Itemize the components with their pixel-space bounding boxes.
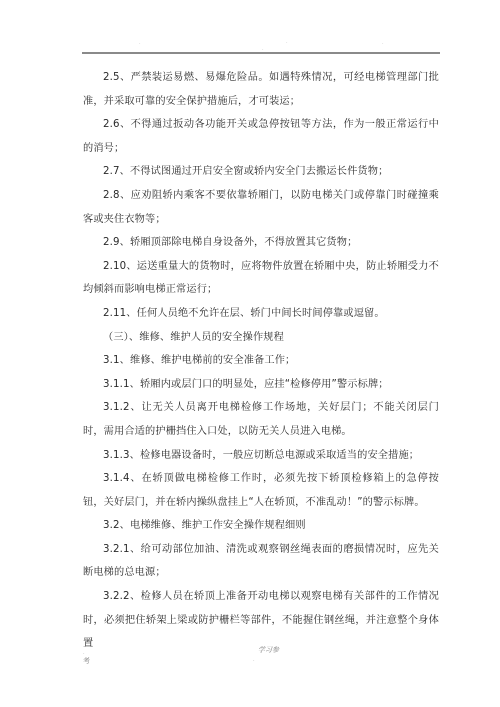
item-number: 2.11、: [103, 308, 137, 319]
paragraph-text: 检修电器设备时，一般应切断总电源或采取适当的安全措施；: [140, 450, 419, 461]
paragraph-2-7: 2.7、不得试图通过开启安全窗或轿内安全门去搬运长件货物；: [83, 160, 439, 184]
item-number: 3.1.1、: [103, 379, 140, 390]
item-number: 3.2.1、: [103, 544, 141, 555]
paragraph-3-1-4: 3.1.4、在轿顶做电梯检修工作时，必须先按下轿顶检修箱上的急停按钮，关好层门，…: [83, 467, 439, 514]
paragraph-2-11: 2.11、任何人员绝不允许在层、轿门中间长时间停靠或逗留。: [83, 302, 439, 326]
paragraph-text: 不得试图通过开启安全窗或轿内安全门去搬运长件货物；: [130, 166, 388, 177]
paragraph-text: 轿厢内或层门口的明显处，应挂“检修停用”警示标牌；: [140, 379, 389, 390]
paragraph-text: 运送重量大的货物时，应将物件放置在轿厢中央，防止轿厢受力不均倾斜而影响电梯正常运…: [83, 261, 439, 296]
paragraph-2-5: 2.5、严禁装运易燃、易爆危险品。如遇特殊情况，可经电梯管理部门批准，并采取可靠…: [83, 66, 439, 113]
header-divider: [82, 52, 440, 54]
header-mark: .: [382, 40, 384, 46]
paragraph-2-6: 2.6、不得通过扳动各功能开关或急停按钮等方法，作为一般正常运行中的消号；: [83, 113, 439, 160]
paragraph-text: 电梯维修、维护工作安全操作规程细则: [130, 520, 306, 531]
item-number: 2.10、: [103, 261, 137, 272]
item-number: 3.1.3、: [103, 450, 140, 461]
header-mark: .: [286, 39, 288, 45]
document-body: 2.5、严禁装运易燃、易爆危险品。如遇特殊情况，可经电梯管理部门批准，并采取可靠…: [83, 66, 439, 656]
paragraph-text: 不得通过扳动各功能开关或急停按钮等方法，作为一般正常运行中的消号；: [83, 119, 439, 154]
paragraph-3-2-1: 3.2.1、给可动部位加油、清洗或观察钢丝绳表面的磨损情况时，应先关断电梯的总电…: [83, 538, 439, 585]
item-number: 2.5、: [103, 72, 131, 83]
item-number: 3.2、: [103, 520, 130, 531]
item-number: 2.7、: [103, 166, 130, 177]
paragraph-text: 维修、维护电梯前的安全准备工作；: [130, 355, 295, 366]
paragraph-text: 任何人员绝不允许在层、轿门中间长时间停靠或逗留。: [137, 308, 385, 319]
header-mark: .: [139, 40, 141, 46]
item-number: 3.1.4、: [103, 473, 141, 484]
paragraph-3-2: 3.2、电梯维修、维护工作安全操作规程细则: [83, 514, 439, 538]
section-heading-text: （三）、维修、维护人员的安全操作规程: [103, 332, 284, 343]
footer-mark: .: [253, 657, 255, 663]
item-number: 3.2.2、: [103, 591, 141, 602]
paragraph-3-1-2: 3.1.2、让无关人员离开电梯检修工作场地，关好层门；不能关闭层门时，需用合适的…: [83, 396, 439, 443]
document-page: . . . . 2.5、严禁装运易燃、易爆危险品。如遇特殊情况，可经电梯管理部门…: [0, 0, 500, 707]
paragraph-2-8: 2.8、应劝阻轿内乘客不要依靠轿厢门，以防电梯关门或停靠门时碰撞乘客或夹住衣物等…: [83, 184, 439, 231]
page-header: . . . .: [0, 38, 500, 48]
paragraph-text: 应劝阻轿内乘客不要依靠轿厢门，以防电梯关门或停靠门时碰撞乘客或夹住衣物等；: [83, 190, 439, 225]
page-footer: . 学习参 考 .: [0, 645, 500, 675]
footer-watermark-text: 学习参: [258, 645, 279, 655]
item-number: 2.6、: [103, 119, 131, 130]
item-number: 3.1.2、: [103, 402, 141, 413]
paragraph-text: 严禁装运易燃、易爆危险品。如遇特殊情况，可经电梯管理部门批准，并采取可靠的安全保…: [83, 72, 439, 107]
item-number: 3.1、: [103, 355, 130, 366]
section-heading-3: （三）、维修、维护人员的安全操作规程: [83, 326, 439, 350]
paragraph-3-1-1: 3.1.1、轿厢内或层门口的明显处，应挂“检修停用”警示标牌；: [83, 373, 439, 397]
item-number: 2.8、: [103, 190, 131, 201]
item-number: 2.9、: [103, 237, 130, 248]
paragraph-2-10: 2.10、运送重量大的货物时，应将物件放置在轿厢中央，防止轿厢受力不均倾斜而影响…: [83, 255, 439, 302]
paragraph-3-1-3: 3.1.3、检修电器设备时，一般应切断总电源或采取适当的安全措施；: [83, 444, 439, 468]
paragraph-2-9: 2.9、轿厢顶部除电梯自身设备外，不得放置其它货物；: [83, 231, 439, 255]
paragraph-text: 轿厢顶部除电梯自身设备外，不得放置其它货物；: [130, 237, 357, 248]
paragraph-3-1: 3.1、维修、维护电梯前的安全准备工作；: [83, 349, 439, 373]
footer-left-text: 考: [83, 656, 90, 666]
